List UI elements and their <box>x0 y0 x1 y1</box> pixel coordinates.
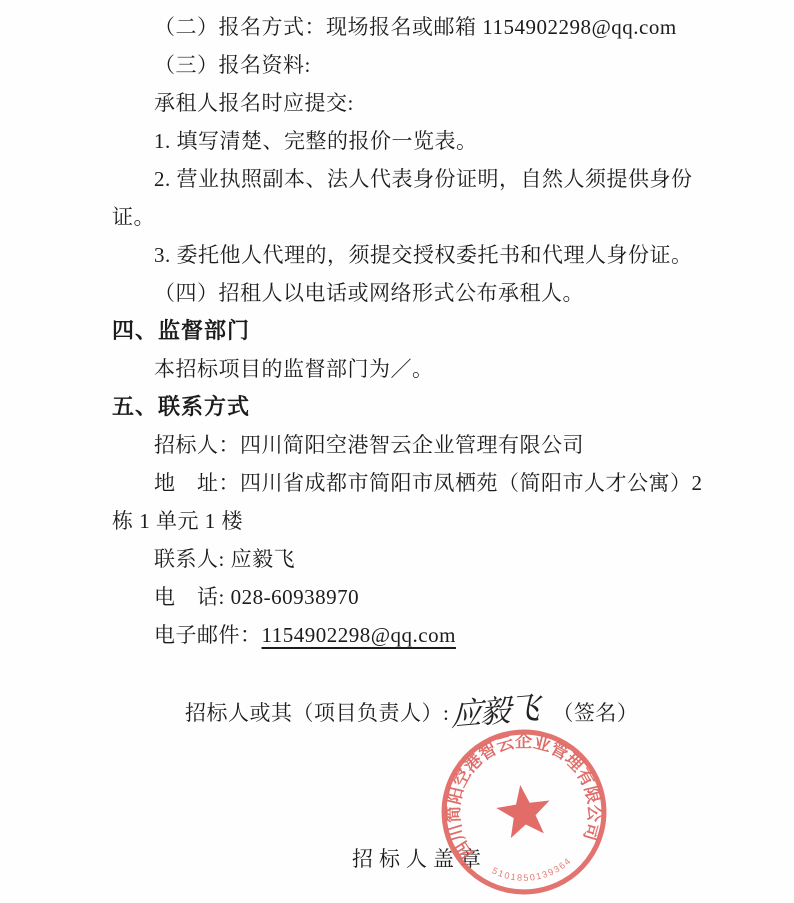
tenderer-line: 招标人：四川简阳空港智云企业管理有限公司 <box>112 426 734 464</box>
handwritten-signature: 应毅飞 <box>451 698 538 726</box>
signature-prefix: 招标人或其（项目负责人）: <box>185 701 449 725</box>
signature-line: 招标人或其（项目负责人）:应毅飞（签名） <box>112 694 734 732</box>
email-line: 电子邮件：1154902298@qq.com <box>112 616 734 654</box>
address-line: 地 址：四川省成都市简阳市凤栖苑（简阳市人才公寓）2 栋 1 单元 1 楼 <box>112 464 734 540</box>
registration-item-1: 1. 填写清楚、完整的报价一览表。 <box>112 122 734 160</box>
registration-item-2: 2. 营业执照副本、法人代表身份证明，自然人须提供身份 证。 <box>112 160 734 236</box>
registration-method-line: （二）报名方式：现场报名或邮箱 1154902298@qq.com <box>112 8 734 46</box>
email-label: 电子邮件： <box>154 623 262 647</box>
supervision-body-line: 本招标项目的监督部门为／。 <box>112 350 734 388</box>
supervision-section-heading: 四、监督部门 <box>112 312 734 350</box>
phone-line: 电 话: 028-60938970 <box>112 578 734 616</box>
submit-intro-line: 承租人报名时应提交: <box>112 84 734 122</box>
registration-item-3: 3. 委托他人代理的，须提交授权委托书和代理人身份证。 <box>112 236 734 274</box>
document-page: （二）报名方式：现场报名或邮箱 1154902298@qq.com （三）报名资… <box>0 0 794 903</box>
registration-materials-label: （三）报名资料: <box>112 46 734 84</box>
email-value: 1154902298@qq.com <box>262 623 456 647</box>
seal-caption: 招标人盖章 <box>112 844 734 874</box>
announcement-line: （四）招租人以电话或网络形式公布承租人。 <box>112 274 734 312</box>
document-content: （二）报名方式：现场报名或邮箱 1154902298@qq.com （三）报名资… <box>0 0 794 874</box>
contact-section-heading: 五、联系方式 <box>112 388 734 426</box>
contact-person-line: 联系人: 应毅飞 <box>112 540 734 578</box>
signature-suffix: （签名） <box>552 701 638 725</box>
